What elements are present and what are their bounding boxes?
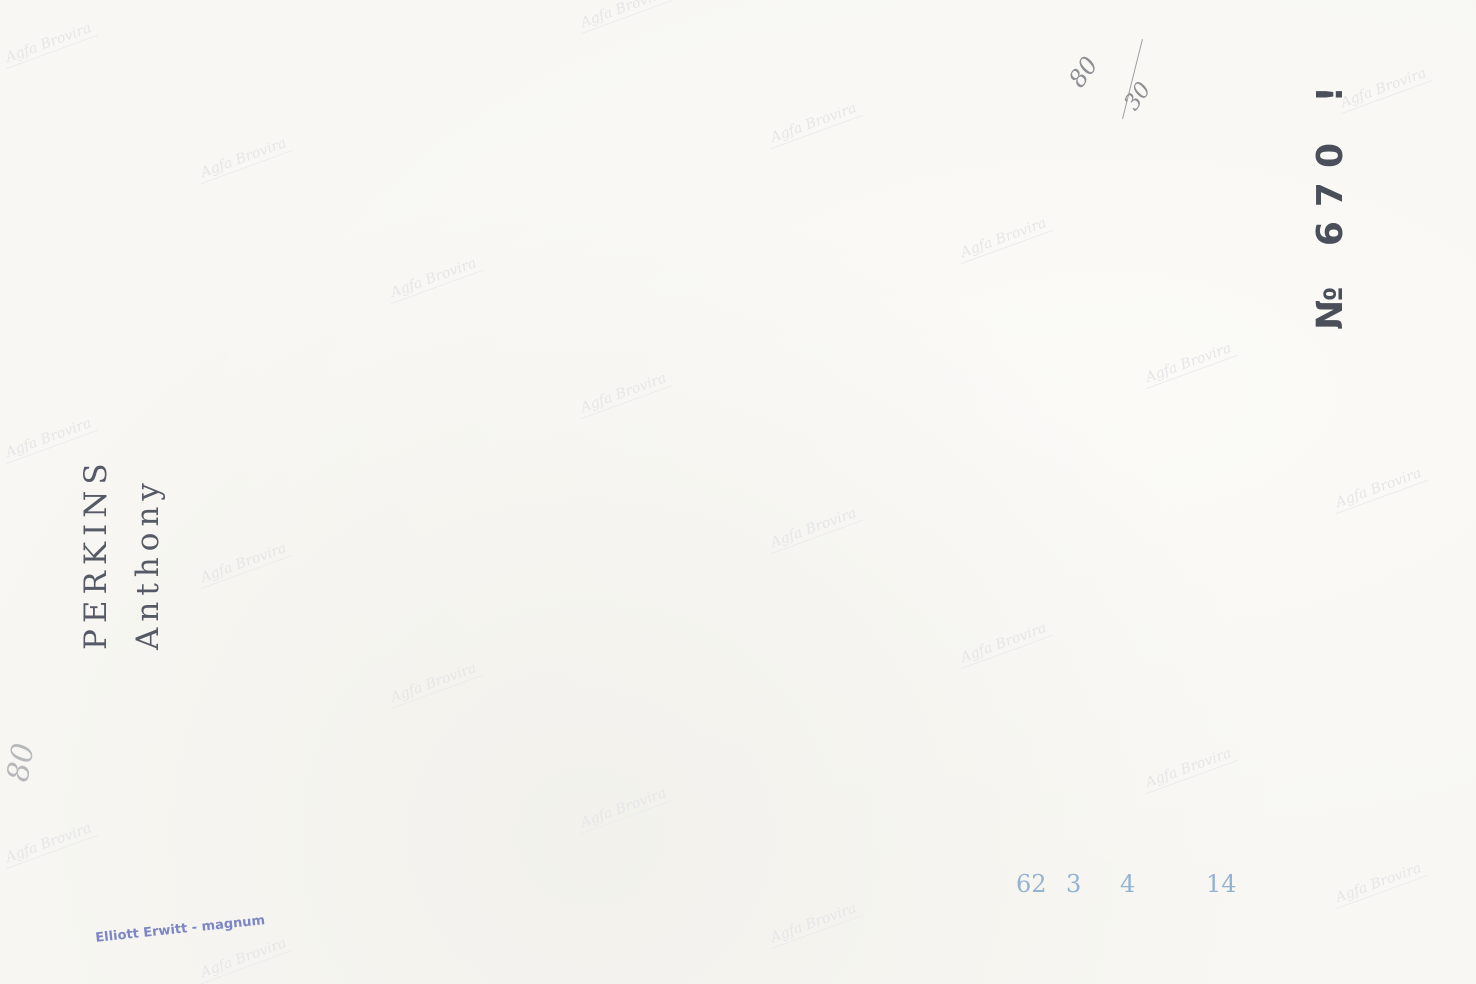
edge-handwriting: 80 bbox=[1, 741, 42, 785]
date-part-month: 3 bbox=[1066, 870, 1081, 898]
date-part-day: 4 bbox=[1120, 870, 1135, 898]
date-part-year: 62 bbox=[1016, 870, 1047, 898]
subject-surname: PERKINS bbox=[70, 457, 122, 650]
subject-given-name: Anthony bbox=[122, 457, 174, 650]
photo-paper-back bbox=[0, 0, 1476, 984]
date-part-code: 14 bbox=[1206, 870, 1237, 898]
archive-number-stamp: № 670 ! bbox=[1310, 72, 1351, 330]
subject-name-stamp: PERKINS Anthony bbox=[70, 457, 174, 650]
